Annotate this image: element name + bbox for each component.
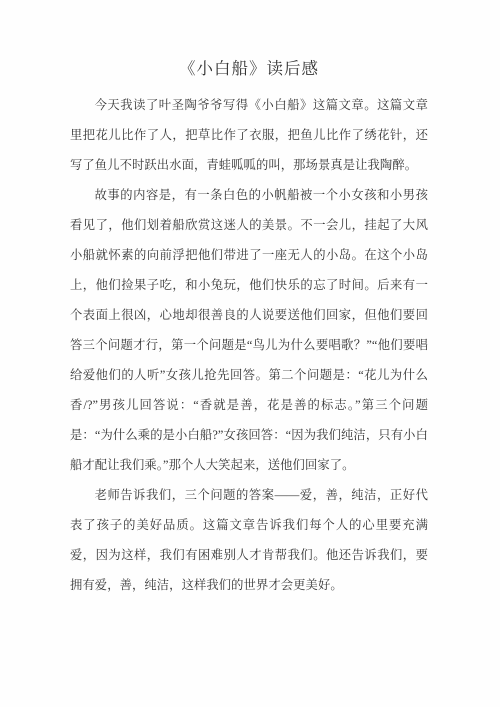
document-page: 《小白船》读后感 今天我读了叶圣陶爷爷写得《小白船》这篇文章。这篇文章里把花儿比… xyxy=(0,0,500,707)
essay-title: 《小白船》读后感 xyxy=(70,52,428,86)
essay-paragraph-3: 老师告诉我们，三个问题的答案——爱，善，纯洁，正好代表了孩子的美好品质。这篇文章… xyxy=(70,480,428,600)
essay-paragraph-1: 今天我读了叶圣陶爷爷写得《小白船》这篇文章。这篇文章里把花儿比作了人，把草比作了… xyxy=(70,90,428,180)
essay-body: 今天我读了叶圣陶爷爷写得《小白船》这篇文章。这篇文章里把花儿比作了人，把草比作了… xyxy=(70,90,428,600)
essay-paragraph-2: 故事的内容是，有一条白色的小帆船被一个小女孩和小男孩看见了，他们划着船欣赏这迷人… xyxy=(70,180,428,480)
